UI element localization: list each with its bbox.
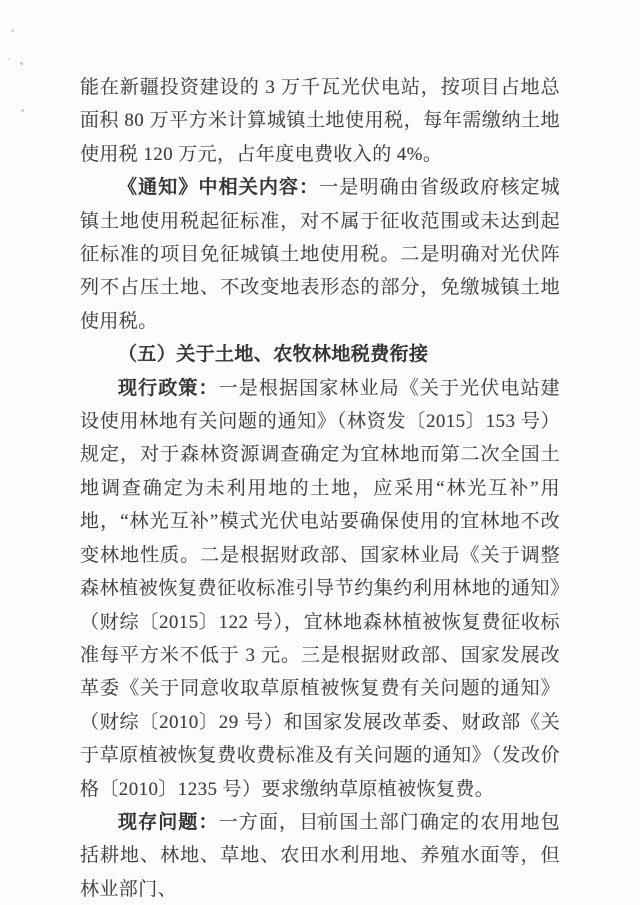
scan-speck <box>11 29 14 32</box>
paragraph-text: 一是明确由省级政府核定城镇土地使用税起征标准，对不属于征收范围或未达到起征标准的… <box>80 177 560 332</box>
section-heading: （五）关于土地、农牧林地税费衔接 <box>80 338 560 371</box>
scan-speck <box>21 109 24 112</box>
page-number: 7 <box>317 813 324 828</box>
section-heading-text: （五）关于土地、农牧林地税费衔接 <box>118 344 428 365</box>
paragraph-lead: 现行政策： <box>118 378 219 399</box>
current-policy-paragraph: 现行政策：一是根据国家林业局《关于光伏电站建设使用林地有关问题的通知》（林资发〔… <box>80 372 560 806</box>
scanned-document-page: 能在新疆投资建设的 3 万千瓦光伏电站，按项目占地总面积 80 万平方米计算城镇… <box>0 0 640 905</box>
scan-speck <box>8 58 10 60</box>
continuation-paragraph: 能在新疆投资建设的 3 万千瓦光伏电站，按项目占地总面积 80 万平方米计算城镇… <box>80 71 560 171</box>
scan-speck <box>20 62 23 65</box>
paragraph-lead: 《通知》中相关内容： <box>118 177 319 198</box>
notice-content-paragraph: 《通知》中相关内容：一是明确由省级政府核定城镇土地使用税起征标准，对不属于征收范… <box>80 171 560 338</box>
page-body: 能在新疆投资建设的 3 万千瓦光伏电站，按项目占地总面积 80 万平方米计算城镇… <box>80 71 560 905</box>
paragraph-text: 一是根据国家林业局《关于光伏电站建设使用林地有关问题的通知》（林资发〔2015〕… <box>80 378 560 800</box>
paragraph-text: 能在新疆投资建设的 3 万千瓦光伏电站，按项目占地总面积 80 万平方米计算城镇… <box>80 77 560 165</box>
page-footer: 7 <box>0 812 640 830</box>
